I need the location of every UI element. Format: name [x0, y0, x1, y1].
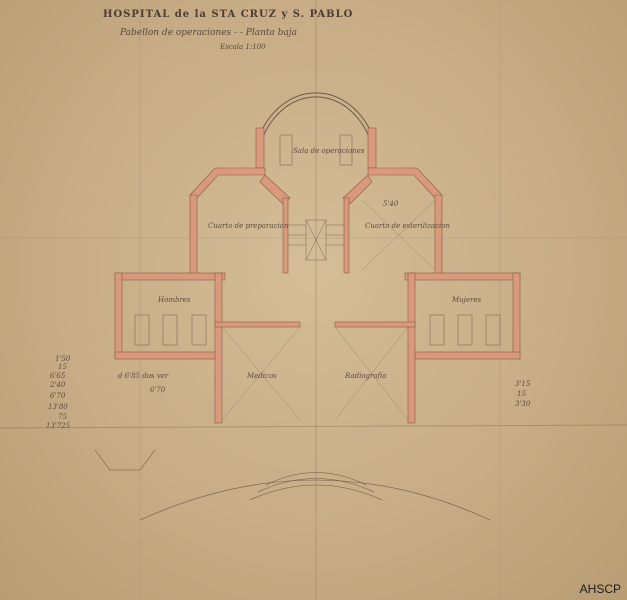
dimension-note: 15: [517, 390, 526, 398]
drawing-title: HOSPITAL de la STA CRUZ y S. PABLO: [103, 9, 353, 20]
annotation-prep-dim: 5'40: [383, 200, 398, 208]
dimension-note: 6'65: [50, 372, 65, 380]
dimension-note: 15: [58, 363, 67, 371]
label-doctors-room: Medicos: [247, 372, 277, 380]
label-operating-room: Sala de operaciones: [293, 147, 364, 155]
dimension-note: 75: [58, 413, 67, 421]
annotation-left-note: d 6'85 dos ver: [118, 372, 168, 380]
floor-plan-drawing: [0, 0, 627, 600]
dimension-note: 13'725: [46, 422, 70, 430]
dimension-note: 3'15: [515, 380, 530, 388]
label-radiography-room: Radiografia: [345, 372, 386, 380]
label-men-ward: Hombres: [158, 296, 191, 304]
dimension-note: 2'40: [50, 381, 65, 389]
label-women-ward: Mujeres: [452, 296, 481, 304]
dimension-note: 13'80: [48, 403, 68, 411]
dimension-note: 6'70: [50, 392, 65, 400]
architectural-plan-sheet: HOSPITAL de la STA CRUZ y S. PABLO Pabel…: [0, 0, 627, 600]
label-sterilization-room: Cuarto de esterilizacion: [365, 222, 450, 230]
label-prep-room: Cuarto de preparacion: [208, 222, 289, 230]
archive-watermark: AHSCP: [580, 582, 621, 596]
annotation-left-note-2: 6'70: [150, 386, 165, 394]
dimension-note: 1'50: [55, 355, 70, 363]
drawing-subtitle: Pabellon de operaciones - - Planta baja: [120, 28, 297, 38]
dimension-note: 3'30: [515, 400, 530, 408]
drawing-scale: Escala 1:100: [220, 43, 266, 51]
